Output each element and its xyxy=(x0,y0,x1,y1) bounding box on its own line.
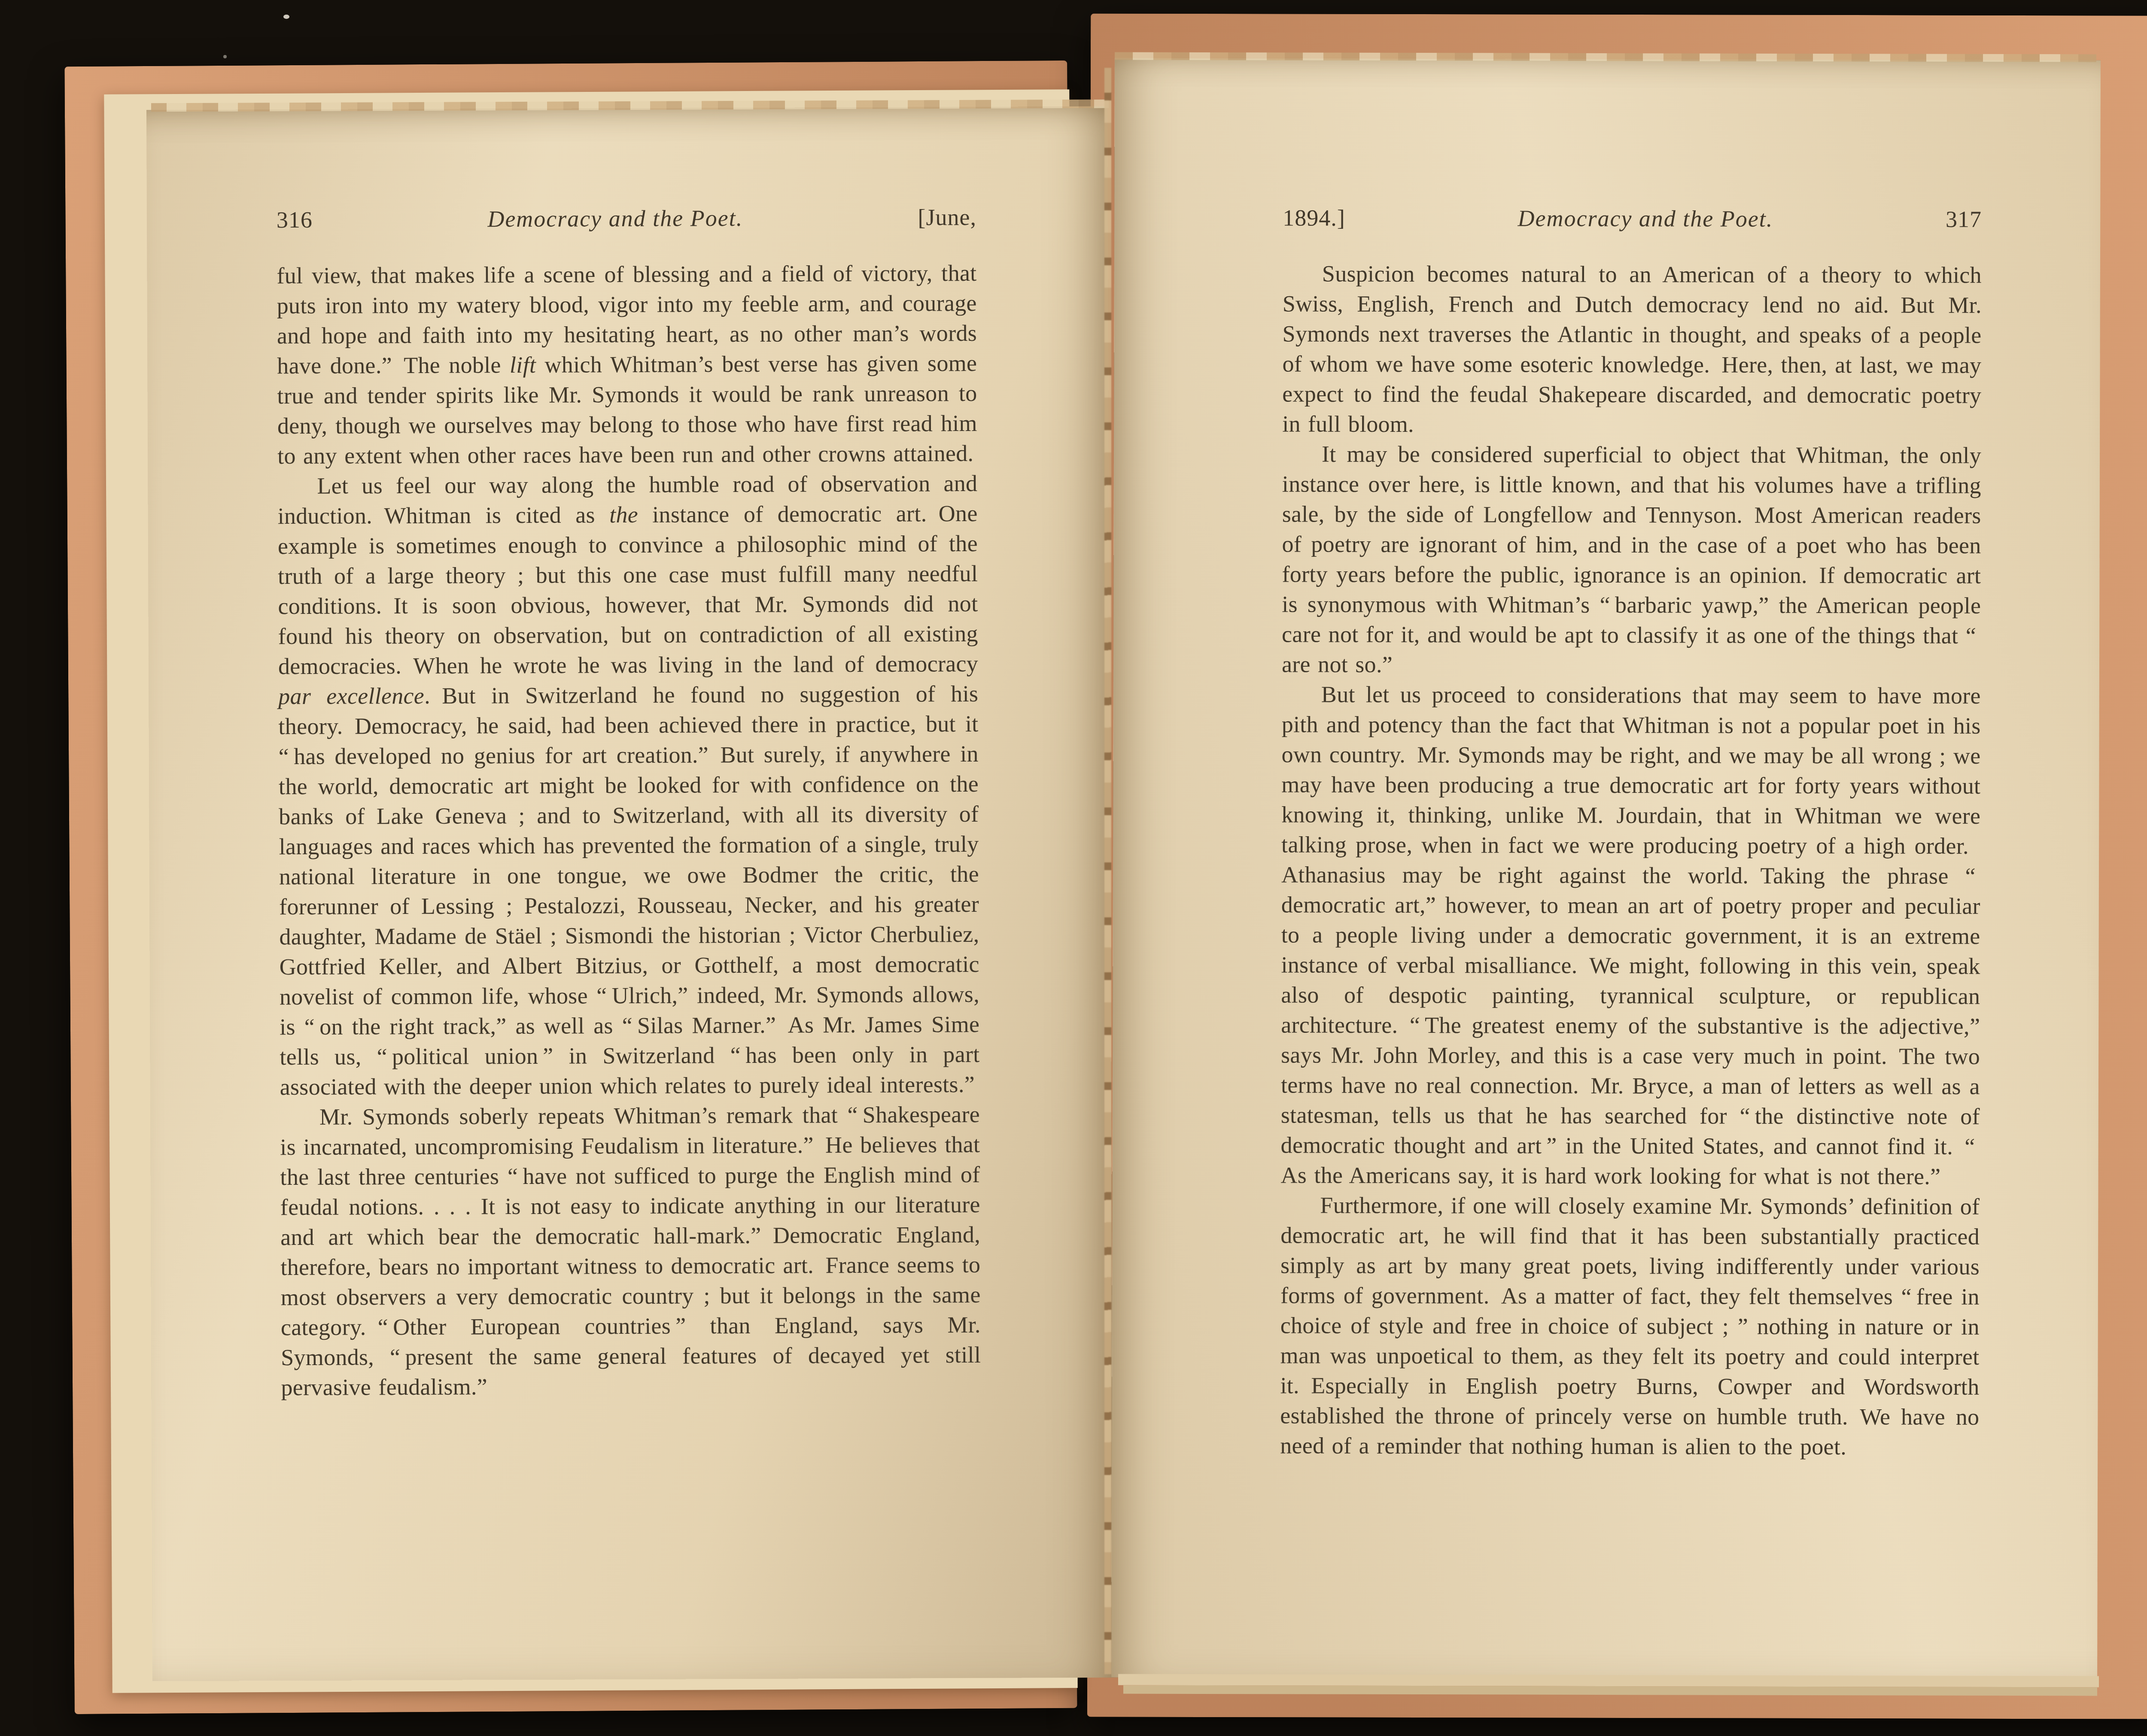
page-number-left: 316 xyxy=(277,206,313,233)
body-text: It may be considered superficial to obje… xyxy=(1282,441,1981,677)
paragraph: But let us proceed to considerations tha… xyxy=(1280,679,1980,1191)
running-head-left: 316 Democracy and the Poet. [June, xyxy=(277,204,976,233)
issue-year-label: 1894.] xyxy=(1283,204,1345,231)
paragraph: Furthermore, if one will closely examine… xyxy=(1280,1190,1980,1462)
dust-speck xyxy=(283,15,289,19)
body-text: Suspicion becomes natural to an American… xyxy=(1282,261,1982,437)
dust-speck xyxy=(223,55,227,58)
italic-text: lift xyxy=(510,352,536,378)
page-body-left: ful view, that makes life a scene of ble… xyxy=(277,258,981,1402)
running-title-right: Democracy and the Poet. xyxy=(1517,205,1773,232)
paragraph: Suspicion becomes natural to an American… xyxy=(1282,258,1982,440)
paragraph: It may be considered superficial to obje… xyxy=(1282,439,1981,680)
body-text: Mr. Symonds soberly repeats Whitman’s re… xyxy=(280,1102,981,1400)
torn-leaf-seam xyxy=(1104,68,1111,1674)
italic-text: par excellence xyxy=(278,683,424,709)
issue-month-label: [June, xyxy=(918,204,976,231)
text-block-left: 316 Democracy and the Poet. [June, ful v… xyxy=(277,204,981,1402)
running-title-left: Democracy and the Poet. xyxy=(487,205,743,232)
paragraph: ful view, that makes life a scene of ble… xyxy=(277,258,977,471)
page-body-right: Suspicion becomes natural to an American… xyxy=(1280,258,1982,1462)
book-scan-photo: 316 Democracy and the Poet. [June, ful v… xyxy=(0,0,2147,1736)
running-head-right: 1894.] Democracy and the Poet. 317 xyxy=(1283,204,1982,232)
paragraph: Let us feel our way along the humble roa… xyxy=(277,468,980,1102)
body-text: But let us proceed to considerations tha… xyxy=(1280,682,1980,1190)
italic-text: the xyxy=(609,502,638,528)
body-text: . But in Switzerland he found no suggest… xyxy=(278,681,979,1100)
text-block-right: 1894.] Democracy and the Poet. 317 Suspi… xyxy=(1280,204,1982,1462)
paragraph: Mr. Symonds soberly repeats Whitman’s re… xyxy=(280,1099,981,1402)
page-right-317: 1894.] Democracy and the Poet. 317 Suspi… xyxy=(1111,58,2101,1680)
page-number-right: 317 xyxy=(1946,206,1982,233)
page-left-316: 316 Democracy and the Poet. [June, ful v… xyxy=(146,106,1113,1681)
body-text: Furthermore, if one will closely examine… xyxy=(1280,1193,1980,1460)
